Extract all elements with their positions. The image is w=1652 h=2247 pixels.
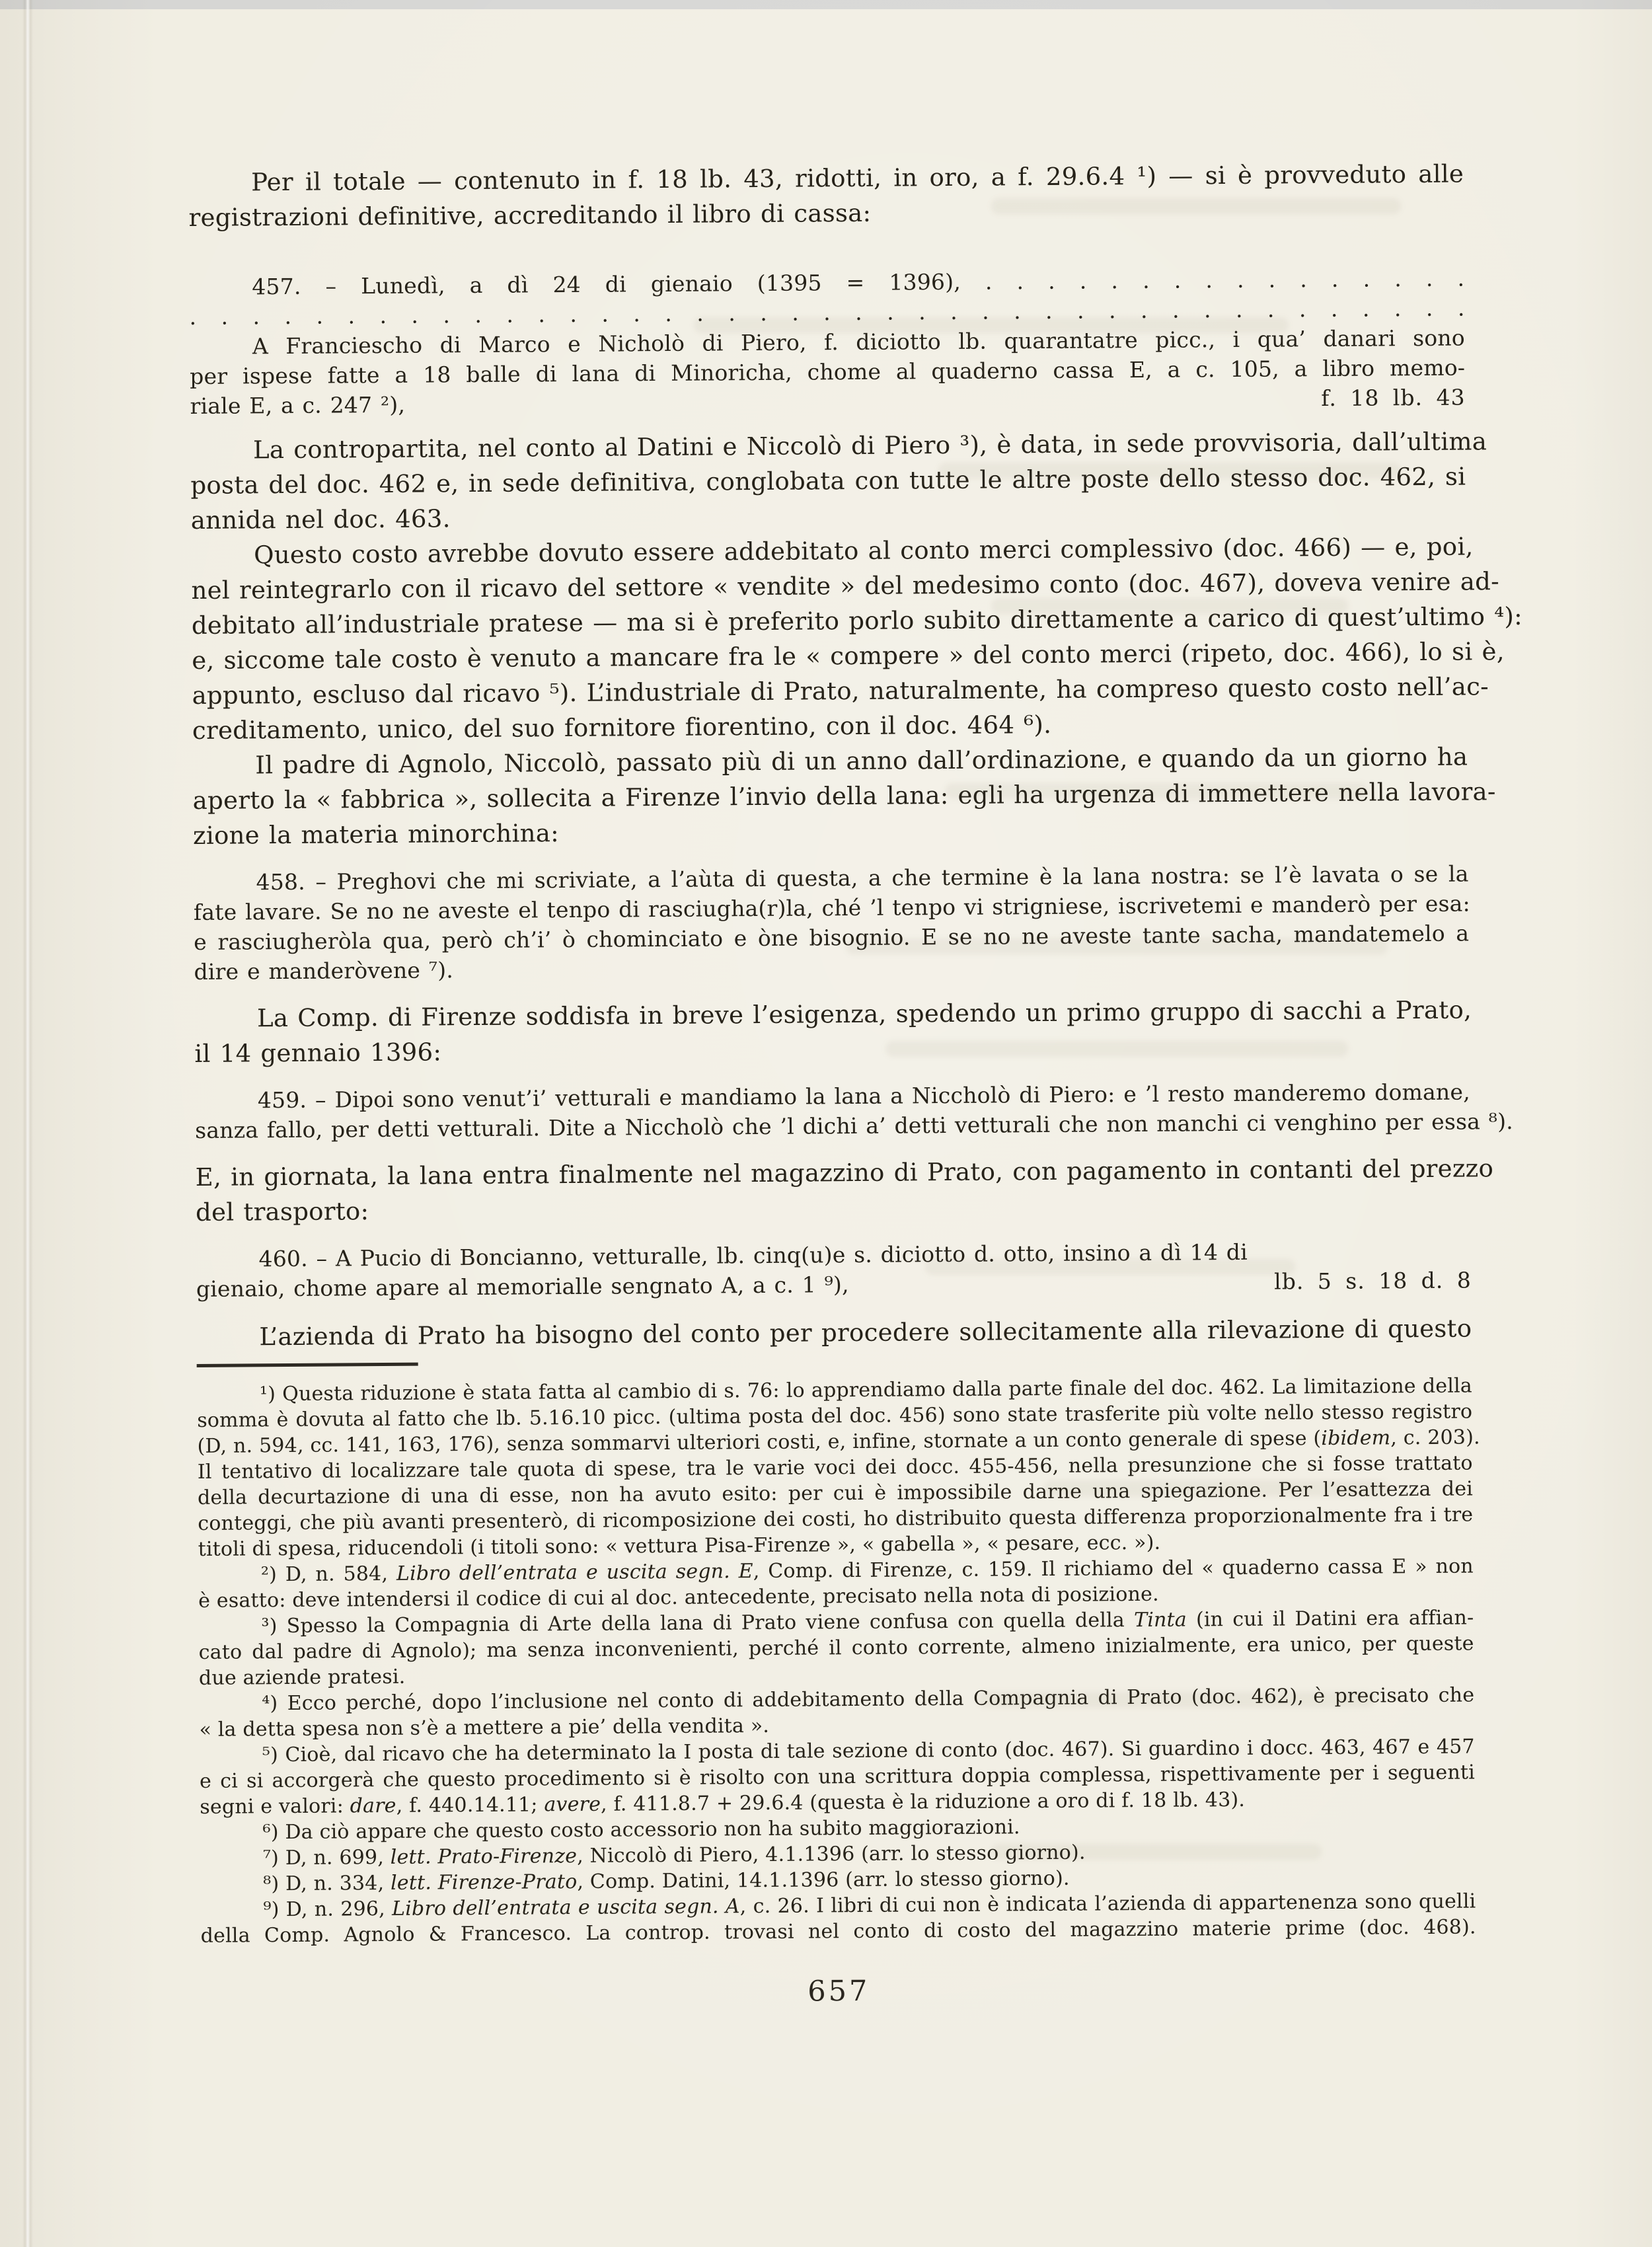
italic-text: ibidem [1321,1426,1390,1450]
text-run: sanza fallo, per detti vetturali. Dite a… [195,1108,1513,1143]
italic-text: Libro dell’entrata e uscita segn. E [396,1560,753,1585]
footnote-9: ⁹) D, n. 296, Libro dell’entrata e uscit… [200,1888,1476,1948]
ledger-amount: lb. 5 s. 18 d. 8 [1274,1265,1472,1296]
document-entry-457: 457. – Lunedì, a dì 24 di gienaio (1395 … [189,264,1466,421]
paragraph-la-contropartita: La contropartita, nel conto al Datini e … [190,424,1466,538]
paragraph-per-il-totale: Per il totale — contenuto in f. 18 lb. 4… [188,157,1464,235]
ledger-amount: f. 18 lb. 43 [1321,383,1465,414]
text-run: aperto la « fabbrica », sollecita a Fire… [193,777,1496,815]
footnote-4: ⁴) Ecco perché, dopo l’inclusione nel co… [199,1682,1474,1742]
text-run: Il padre di Agnolo, Niccolò, passato più… [255,743,1468,780]
text-run: appunto, escluso dal ricavo ⁵). L’indust… [192,672,1489,710]
paragraph-questo-costo: Questo costo avrebbe dovuto essere addeb… [191,529,1468,748]
footnote-1: ¹) Questa riduzione è stata fatta al cam… [197,1373,1474,1562]
footnotes-section: ¹) Questa riduzione è stata fatta al cam… [197,1355,1476,1948]
text-run: posta del doc. 462 e, in sede definitiva… [190,463,1466,500]
text-run: , Comp. di Firenze, c. 159. Il richiamo … [753,1554,1474,1583]
footnote-3: ³) Spesso la Compagnia di Arte della lan… [198,1605,1474,1691]
text-run: , f. 411.8.7 + 29.6.4 (questa è la riduz… [601,1788,1245,1816]
text-run: nel reintegrarlo con il ricavo del setto… [191,567,1499,605]
footnote-2: ²) D, n. 584, Libro dell’entrata e uscit… [198,1553,1474,1613]
text-run: , f. 440.14.11; [396,1793,544,1817]
text-run: del trasporto: [196,1197,369,1227]
text-run: , Niccolò di Piero, 4.1.1396 (arr. lo st… [577,1841,1086,1868]
text-run: Per il totale — contenuto in f. 18 lb. 4… [251,160,1464,197]
document-entry-459: 459. – Dipoi sono venut’i’ vetturali e m… [195,1077,1471,1145]
text-line: L’azienda di Prato ha bisogno del conto … [196,1311,1472,1354]
text-run: dire e manderòvene ⁷). [194,957,453,985]
italic-text: lett. Prato-Firenze [391,1845,578,1869]
text-run: annida nel doc. 463. [191,504,451,535]
text-run: , Comp. Datini, 14.1.1396 (arr. lo stess… [577,1867,1069,1893]
text-run: segni e valori: [200,1794,350,1819]
scanned-book-page: Per il totale — contenuto in f. 18 lb. 4… [0,0,1652,2247]
paragraph-il-padre-di-agnolo: Il padre di Agnolo, Niccolò, passato più… [192,740,1468,853]
text-run: creditamento, unico, del suo fornitore f… [192,710,1052,745]
text-run: ⁶) Da ciò appare che questo costo access… [262,1815,1020,1844]
paragraph-la-comp-di-firenze: La Comp. di Firenze soddisfa in breve l’… [194,992,1470,1071]
text-run: zione la materia minorchina: [193,819,559,850]
text-run: La contropartita, nel conto al Datini e … [253,427,1487,464]
ledger-entry-text: riale E, a c. 247 ²), [190,390,405,421]
text-run: (in cui il Datini era affian- [1187,1606,1474,1631]
text-run: debitato all’industriale pratese — ma si… [192,602,1522,640]
text-run: due aziende pratesi. [199,1665,406,1690]
text-run: , c. 203). [1390,1426,1480,1449]
text-run: E, in giornata, la lana entra finalmente… [196,1154,1494,1192]
text-run: il 14 gennaio 1396: [194,1038,441,1068]
italic-text: avere [544,1793,601,1817]
text-run: La Comp. di Firenze soddisfa in breve l’… [257,995,1472,1032]
text-run: ²) D, n. 584, [261,1562,396,1586]
text-run: gienaio, chome apare al memorialle sengn… [196,1272,849,1302]
text-run: registrazioni definitive, accreditando i… [188,199,871,232]
italic-text: dare [350,1794,396,1817]
page-number: 657 [201,1970,1476,2012]
text-run: e, siccome tale costo è venuto a mancare… [192,637,1505,675]
text-run: ⁷) D, n. 699, [263,1846,391,1870]
italic-text: Libro dell’entrata e uscita segn. A [392,1895,740,1921]
footnote-separator-rule [197,1363,418,1367]
text-run: L’azienda di Prato ha bisogno del conto … [259,1314,1472,1351]
text-run: , c. 26. I libri di cui non è indicata l… [740,1889,1476,1918]
italic-text: lett. Firenze-Prato [391,1870,578,1895]
italic-text: Tinta [1134,1609,1187,1632]
text-run: « la detta spesa non s’è a mettere a pie… [199,1714,769,1741]
text-run: riale E, a c. 247 ²), [190,392,405,419]
paragraph-e-in-giornata: E, in giornata, la lana entra finalmente… [196,1151,1472,1229]
scanner-edge-strip [0,0,1652,9]
document-entry-458: 458. – Preghovi che mi scriviate, a l’aù… [193,859,1469,987]
document-entry-460: 460. – A Pucio di Boncianno, vetturalle,… [196,1235,1472,1303]
text-run: ⁹) D, n. 296, [263,1897,392,1921]
paragraph-l-azienda-di-prato: L’azienda di Prato ha bisogno del conto … [196,1311,1472,1354]
text-run: ⁸) D, n. 334, [263,1872,391,1895]
footnote-5: ⁵) Cioè, dal ricavo che ha determinato l… [200,1733,1476,1819]
text-run: Questo costo avrebbe dovuto essere addeb… [254,532,1474,569]
text-block: Per il totale — contenuto in f. 18 lb. 4… [188,157,1476,2012]
text-run: 460. – A Pucio di Boncianno, vetturalle,… [258,1239,1248,1272]
ledger-entry-text: gienaio, chome apare al memorialle sengn… [196,1270,849,1304]
